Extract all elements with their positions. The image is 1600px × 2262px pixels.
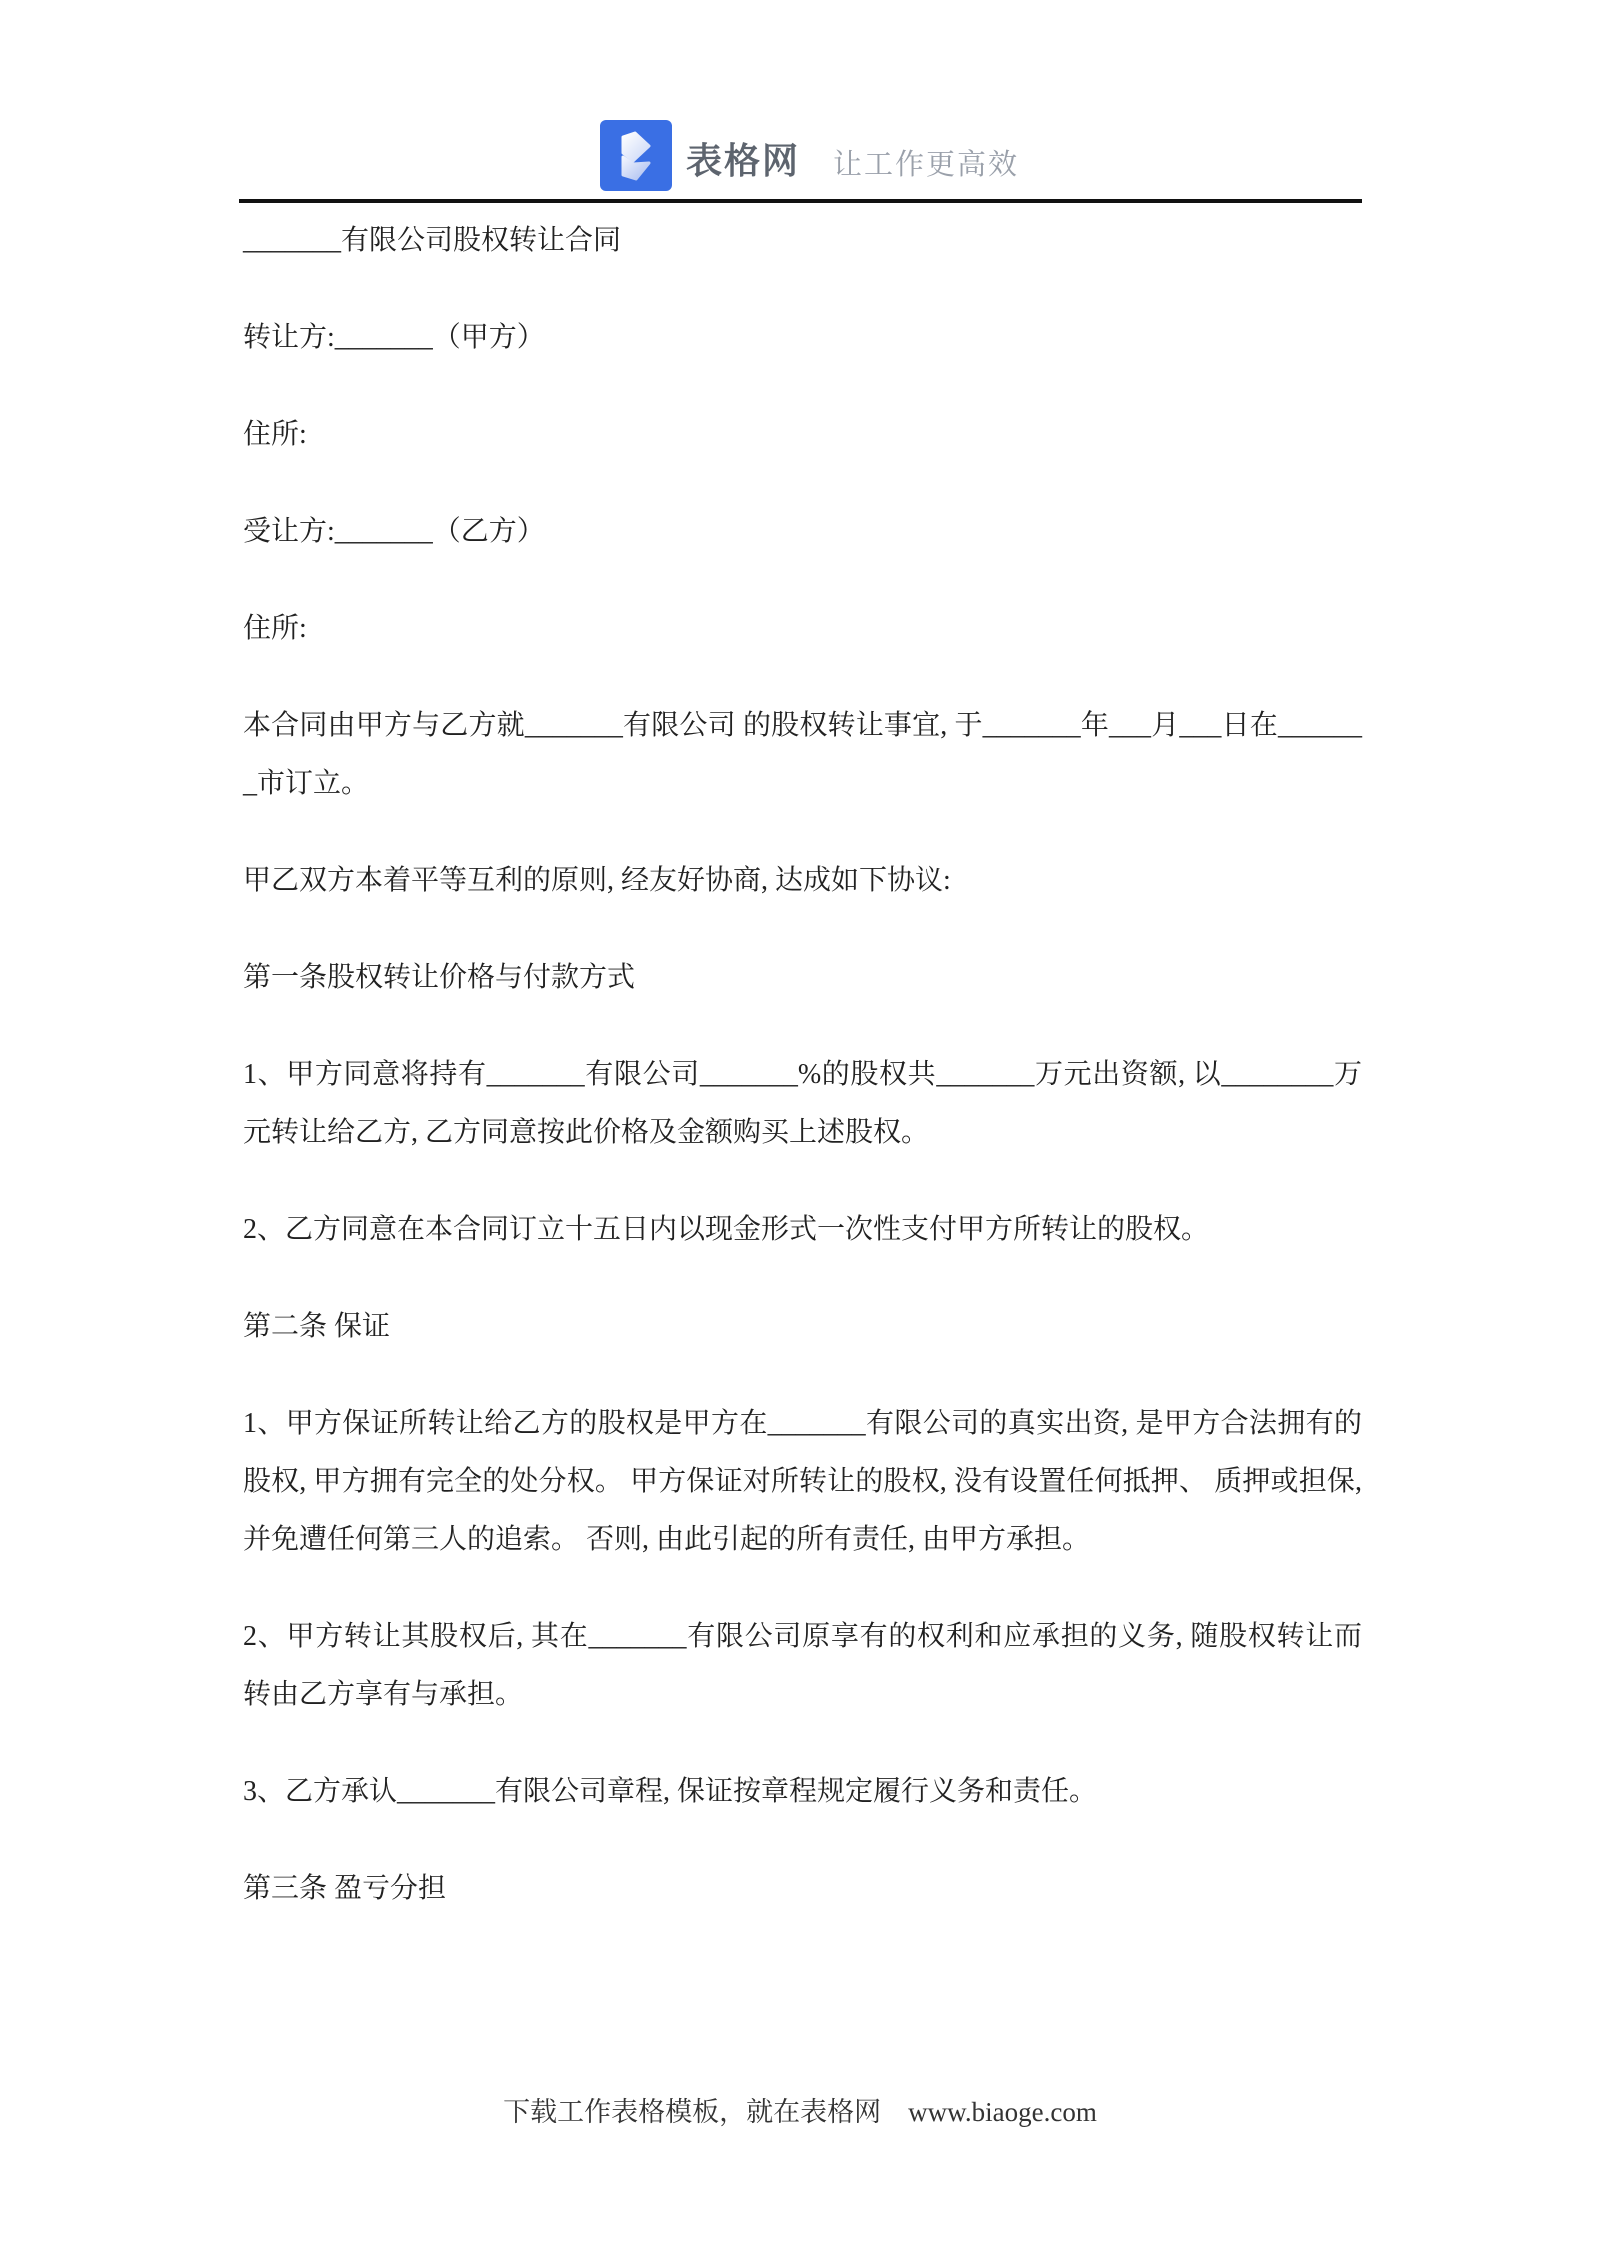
contract-title: _______有限公司股权转让合同 xyxy=(243,212,1362,270)
header-divider xyxy=(239,199,1362,203)
article-2-clause-2: 2、甲方转让其股权后, 其在_______有限公司原享有的权利和应承担的义务, … xyxy=(243,1608,1362,1724)
biaoge-logo xyxy=(600,120,672,191)
footer-note: 下载工作表格模板，就在表格网 www.biaoge.com xyxy=(0,2097,1600,2127)
biaoge-b-icon xyxy=(613,131,659,181)
brand-tagline: 让工作更高效 xyxy=(833,142,1019,183)
contract-document: _______有限公司股权转让合同 转让方:_______（甲方） 住所: 受让… xyxy=(243,212,1362,1957)
article-1-clause-2: 2、乙方同意在本合同订立十五日内以现金形式一次性支付甲方所转让的股权。 xyxy=(243,1201,1362,1259)
contract-page: 表格网 让工作更高效 _______有限公司股权转让合同 转让方:_______… xyxy=(0,0,1600,2262)
article-3-heading: 第三条 盈亏分担 xyxy=(243,1860,1362,1918)
transferor-line: 转让方:_______（甲方） xyxy=(243,309,1362,367)
article-2-heading: 第二条 保证 xyxy=(243,1298,1362,1356)
transferee-line: 受让方:_______（乙方） xyxy=(243,503,1362,561)
article-2-clause-1: 1、甲方保证所转让给乙方的股权是甲方在_______有限公司的真实出资, 是甲方… xyxy=(243,1395,1362,1569)
article-1-clause-1: 1、甲方同意将持有_______有限公司_______%的股权共_______万… xyxy=(243,1046,1362,1162)
agreement-preamble-paragraph: 甲乙双方本着平等互利的原则, 经友好协商, 达成如下协议: xyxy=(243,852,1362,910)
transferee-address-line: 住所: xyxy=(243,600,1362,658)
article-2-clause-3: 3、乙方承认_______有限公司章程, 保证按章程规定履行义务和责任。 xyxy=(243,1763,1362,1821)
brand-name: 表格网 xyxy=(686,133,800,184)
article-1-heading: 第一条股权转让价格与付款方式 xyxy=(243,949,1362,1007)
transferor-address-line: 住所: xyxy=(243,406,1362,464)
contract-intro-paragraph: 本合同由甲方与乙方就_______有限公司 的股权转让事宜, 于_______年… xyxy=(243,697,1362,813)
